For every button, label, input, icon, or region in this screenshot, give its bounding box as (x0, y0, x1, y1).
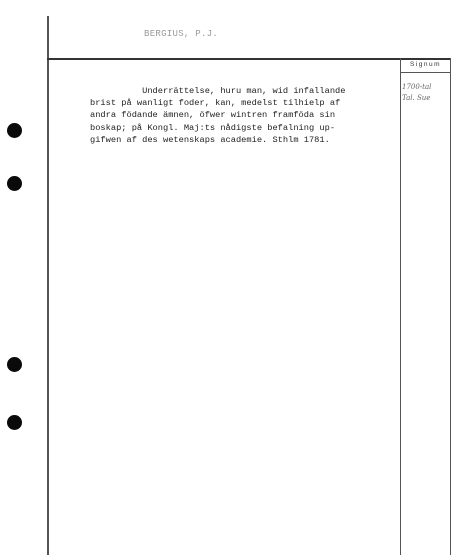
signum-value-line: 1700-tal (402, 82, 450, 93)
signum-label: Signum (401, 61, 450, 68)
signum-value: 1700-tal Tal. Sue (402, 82, 450, 104)
signum-column-left-rule (400, 58, 401, 555)
description-line: boskap; på Kongl. Maj:ts nådigste befaln… (90, 122, 390, 134)
title-description: Underrättelse, huru man, wid infallande … (90, 85, 390, 146)
author-heading: BERGIUS, P.J. (144, 29, 218, 39)
punch-hole (7, 357, 22, 372)
description-line: gifwen af des wetenskaps academie. Sthlm… (90, 134, 390, 146)
description-line: brist på wanligt foder, kan, medelst til… (90, 97, 390, 109)
left-margin-rule (47, 16, 49, 555)
signum-column-right-rule (450, 58, 451, 555)
punch-hole (7, 123, 22, 138)
description-line: andra födande ämnen, öfwer wintren framf… (90, 109, 390, 121)
description-line: Underrättelse, huru man, wid infallande (90, 85, 390, 97)
signum-value-line: Tal. Sue (402, 93, 450, 104)
header-rule (47, 58, 451, 60)
signum-header-rule (400, 72, 451, 73)
catalog-card: BERGIUS, P.J. Signum 1700-tal Tal. Sue U… (0, 0, 470, 555)
punch-hole (7, 415, 22, 430)
punch-hole (7, 176, 22, 191)
